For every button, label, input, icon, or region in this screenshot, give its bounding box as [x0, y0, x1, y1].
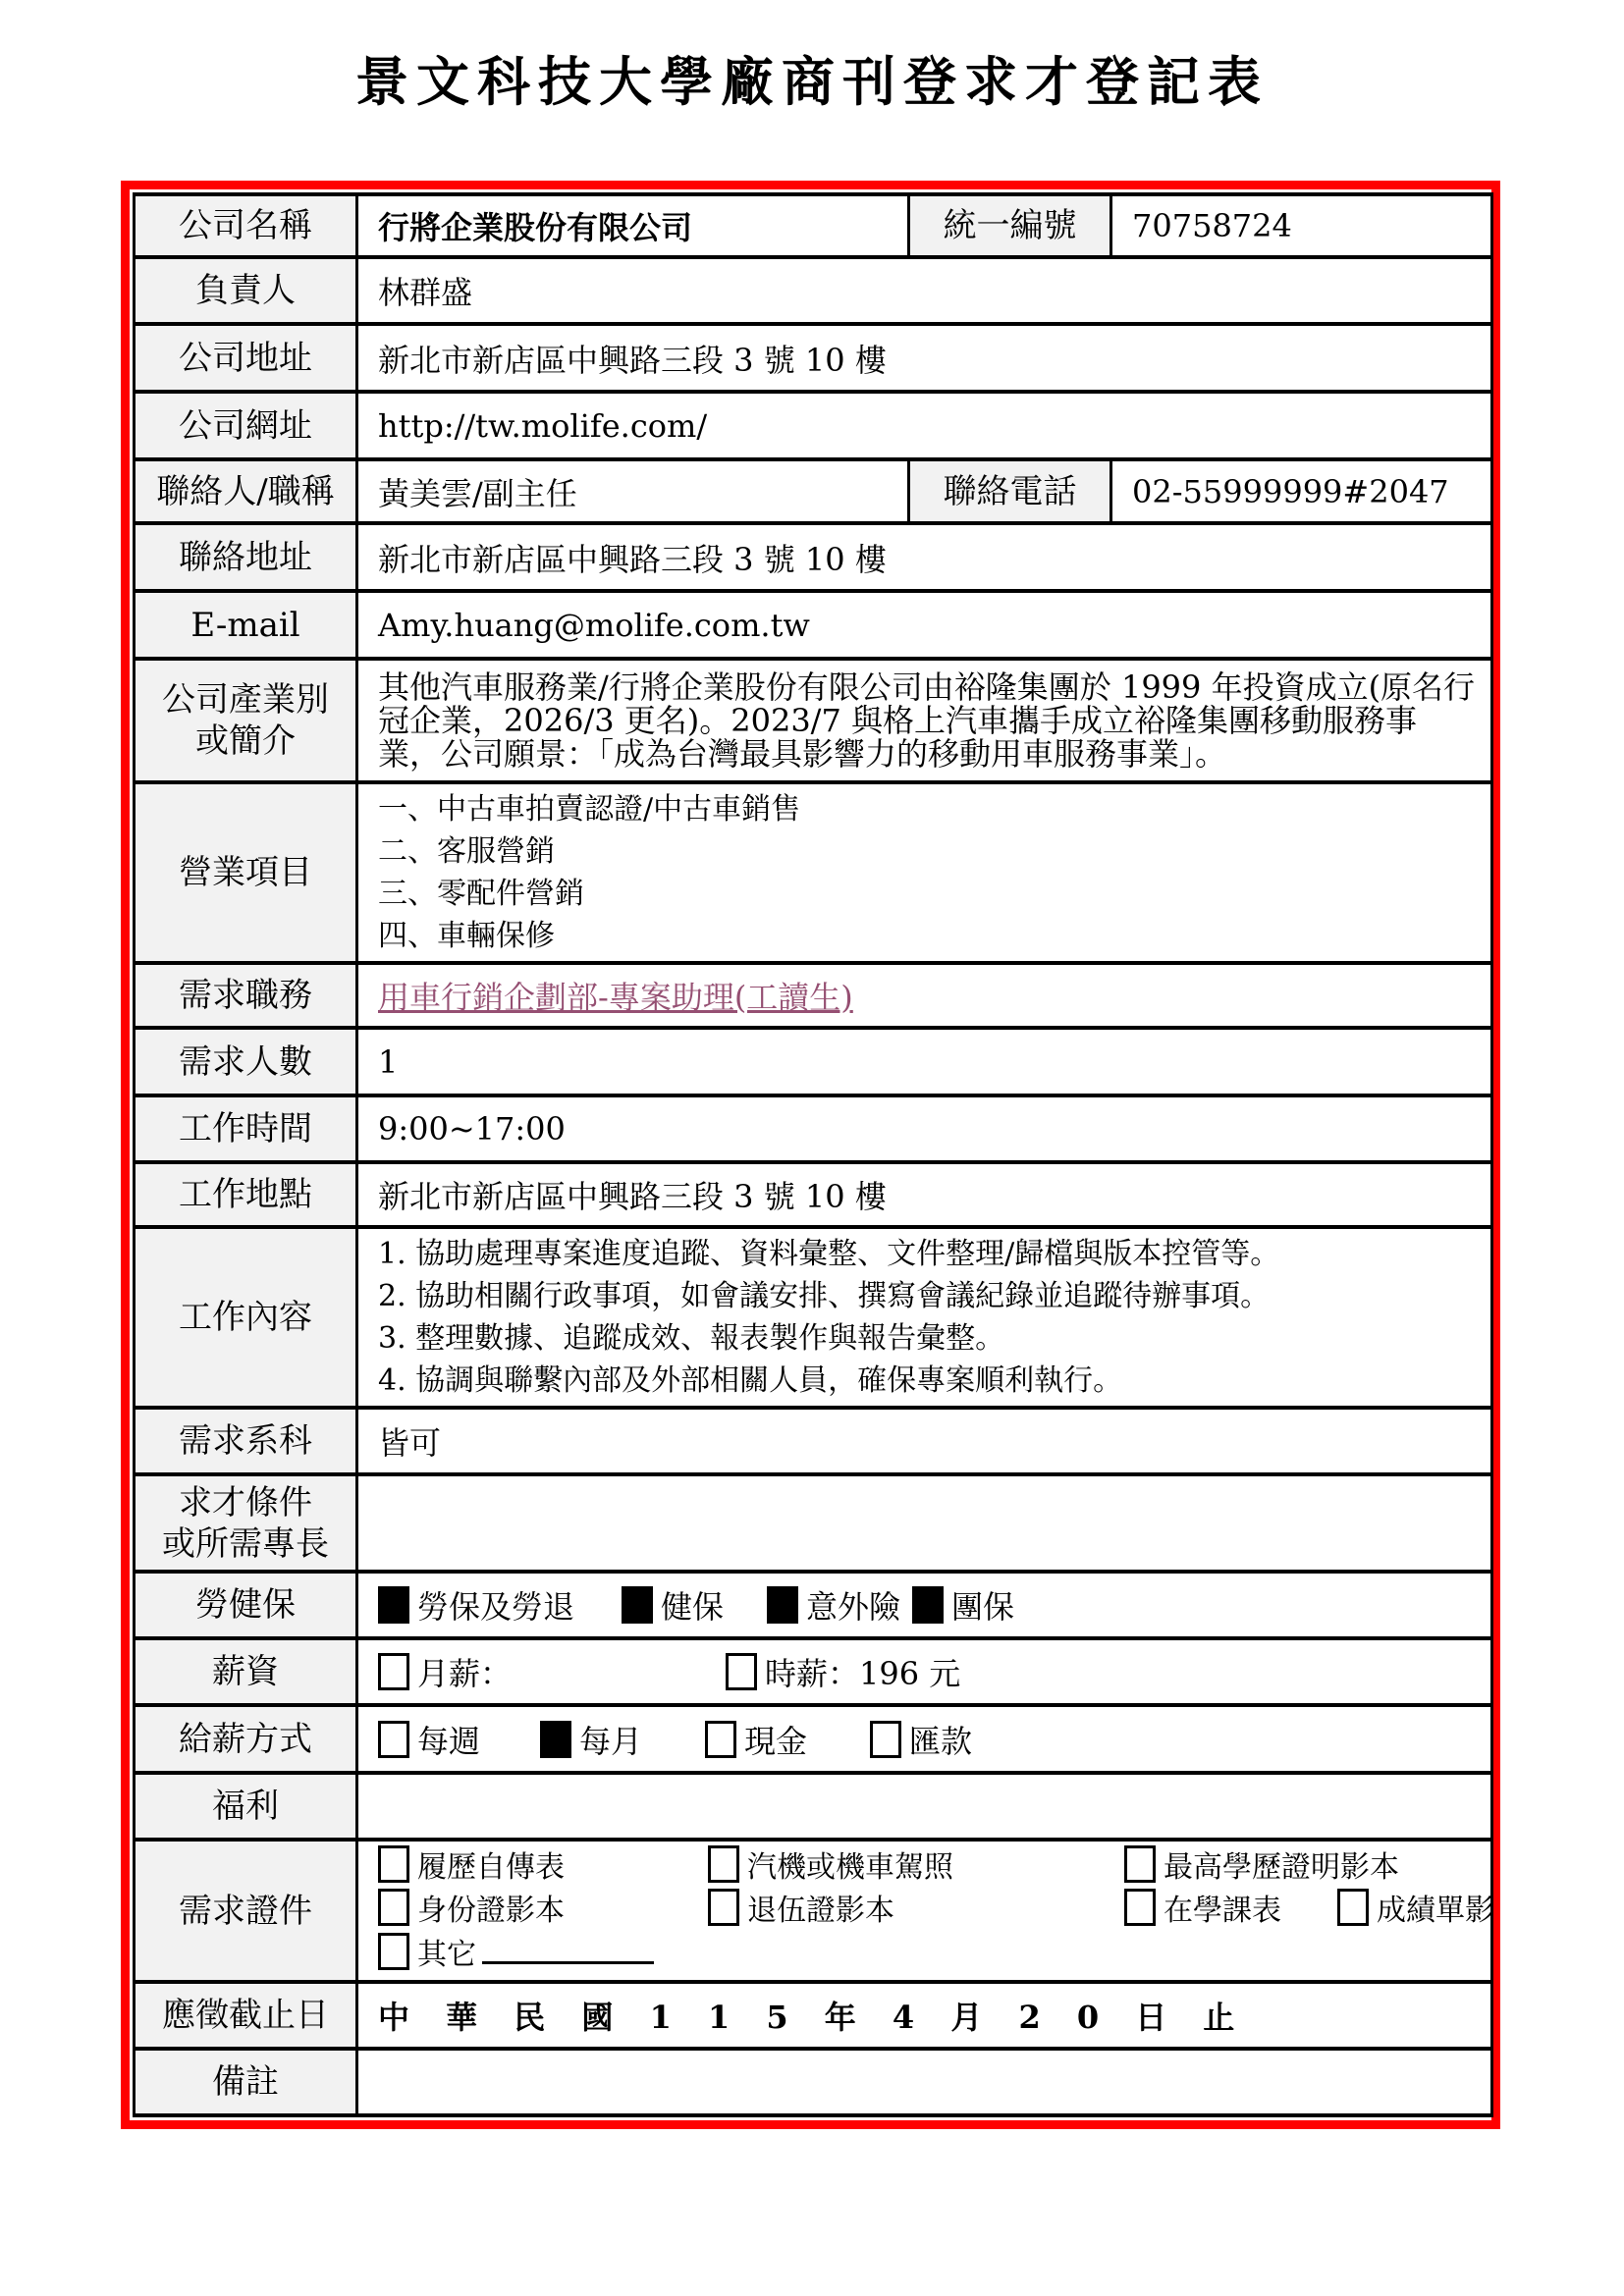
job-content-value: 1. 協助處理專案進度追蹤、資料彙整、文件整理/歸檔與版本控管等。 2. 協助相…	[357, 1227, 1492, 1408]
checkbox-monthly: 每月	[540, 1717, 705, 1762]
checkbox-icon	[912, 1586, 944, 1624]
salary-options: 月薪：時薪：196 元	[357, 1638, 1492, 1705]
business-item: 四、車輛保修	[378, 915, 1479, 957]
email-label: E-mail	[135, 591, 357, 659]
requirements-label: 求才條件 或所需專長	[135, 1474, 357, 1572]
email-value: Amy.huang@molife.com.tw	[357, 591, 1492, 659]
business-item: 一、中古車拍賣認證/中古車銷售	[378, 788, 1479, 830]
checkbox-drivers-license: 汽機或機車駕照	[708, 1845, 1124, 1889]
deadline-label: 應徵截止日	[135, 1982, 357, 2049]
checkbox-icon	[726, 1653, 757, 1690]
departments-value: 皆可	[357, 1408, 1492, 1474]
contact-phone-value: 02-55999999#2047	[1111, 459, 1492, 523]
checkbox-icon	[378, 1889, 409, 1926]
principal-value: 林群盛	[357, 257, 1492, 324]
work-location-label: 工作地點	[135, 1162, 357, 1227]
checkbox-weekly: 每週	[378, 1717, 540, 1762]
checkbox-other: 其它	[378, 1933, 476, 1976]
checkbox-icon	[1337, 1889, 1369, 1926]
work-hours-value: 9:00~17:00	[357, 1095, 1492, 1162]
job-content-item: 2. 協助相關行政事項，如會議安排、撰寫會議紀錄並追蹤待辦事項。	[378, 1275, 1479, 1317]
contact-value: 黃美雲/副主任	[357, 459, 909, 523]
checkbox-transcript-copy: 成績單影本	[1337, 1889, 1492, 1932]
checkbox-discharge-copy: 退伍證影本	[708, 1889, 1124, 1932]
checkbox-icon	[378, 1933, 409, 1970]
industry-value: 其他汽車服務業/行將企業股份有限公司由裕隆集團於 1999 年投資成立(原名行冠…	[357, 659, 1492, 782]
company-address-label: 公司地址	[135, 324, 357, 392]
page-title: 景文科技大學廠商刊登求才登記表	[0, 0, 1624, 112]
checkbox-diploma-copy: 最高學歷證明影本	[1124, 1845, 1399, 1889]
checkbox-icon	[767, 1586, 798, 1624]
checkbox-labor-insurance: 勞保及勞退	[378, 1582, 622, 1628]
tax-id-label: 統一編號	[909, 194, 1111, 257]
documents-options: 履歷自傳表汽機或機車駕照最高學歷證明影本 身份證影本退伍證影本在學課表成績單影本…	[357, 1840, 1492, 1982]
registration-form-table: 公司名稱 行將企業股份有限公司 統一編號 70758724 負責人 林群盛 公司…	[121, 181, 1500, 2129]
checkbox-health-insurance: 健保	[622, 1582, 767, 1628]
checkbox-icon	[1124, 1845, 1156, 1883]
notes-label: 備註	[135, 2049, 357, 2115]
documents-line-3: 其它	[378, 1932, 1479, 1976]
salary-label: 薪資	[135, 1638, 357, 1705]
company-website-value: http://tw.molife.com/	[357, 392, 1492, 459]
insurance-options: 勞保及勞退健保意外險團保	[357, 1572, 1492, 1638]
insurance-label: 勞健保	[135, 1572, 357, 1638]
checkbox-icon	[378, 1845, 409, 1883]
job-title-link[interactable]: 用車行銷企劃部-專案助理(工讀生)	[378, 979, 853, 1016]
checkbox-monthly-salary: 月薪：	[378, 1649, 726, 1694]
notes-value	[357, 2049, 1492, 2115]
business-items-label: 營業項目	[135, 782, 357, 963]
business-item: 三、零配件營銷	[378, 873, 1479, 915]
contact-label: 聯絡人/職稱	[135, 459, 357, 523]
checkbox-group-insurance: 團保	[912, 1582, 1014, 1628]
company-address-value: 新北市新店區中興路三段 3 號 10 樓	[357, 324, 1492, 392]
industry-label: 公司產業別 或簡介	[135, 659, 357, 782]
checkbox-class-schedule: 在學課表	[1124, 1889, 1337, 1932]
company-name-value: 行將企業股份有限公司	[357, 194, 909, 257]
benefits-label: 福利	[135, 1773, 357, 1840]
contact-address-value: 新北市新店區中興路三段 3 號 10 樓	[357, 523, 1492, 591]
documents-line-1: 履歷自傳表汽機或機車駕照最高學歷證明影本	[378, 1845, 1479, 1889]
business-item: 二、客服營銷	[378, 830, 1479, 873]
contact-address-label: 聯絡地址	[135, 523, 357, 591]
checkbox-icon	[540, 1721, 571, 1758]
business-items-value: 一、中古車拍賣認證/中古車銷售 二、客服營銷 三、零配件營銷 四、車輛保修	[357, 782, 1492, 963]
checkbox-accident-insurance: 意外險	[767, 1582, 912, 1628]
company-website-label: 公司網址	[135, 392, 357, 459]
checkbox-icon	[622, 1586, 653, 1624]
benefits-value	[357, 1773, 1492, 1840]
contact-phone-label: 聯絡電話	[909, 459, 1111, 523]
headcount-label: 需求人數	[135, 1028, 357, 1095]
company-name-label: 公司名稱	[135, 194, 357, 257]
checkbox-remittance: 匯款	[870, 1717, 972, 1762]
checkbox-id-copy: 身份證影本	[378, 1889, 708, 1932]
checkbox-icon	[708, 1845, 739, 1883]
job-title-cell: 用車行銷企劃部-專案助理(工讀生)	[357, 963, 1492, 1028]
deadline-value: 中 華 民 國 1 1 5 年 4 月 2 0 日 止	[357, 1982, 1492, 2049]
checkbox-icon	[1124, 1889, 1156, 1926]
checkbox-icon	[705, 1721, 736, 1758]
job-content-item: 3. 整理數據、追蹤成效、報表製作與報告彙整。	[378, 1317, 1479, 1360]
job-content-item: 1. 協助處理專案進度追蹤、資料彙整、文件整理/歸檔與版本控管等。	[378, 1233, 1479, 1275]
checkbox-cash: 現金	[705, 1717, 870, 1762]
checkbox-hourly-salary: 時薪：196 元	[726, 1649, 960, 1694]
checkbox-icon	[378, 1721, 409, 1758]
tax-id-value: 70758724	[1111, 194, 1492, 257]
departments-label: 需求系科	[135, 1408, 357, 1474]
requirements-value	[357, 1474, 1492, 1572]
checkbox-icon	[378, 1586, 409, 1624]
other-fill-in-line	[482, 1932, 654, 1964]
headcount-value: 1	[357, 1028, 1492, 1095]
checkbox-icon	[870, 1721, 901, 1758]
job-content-label: 工作內容	[135, 1227, 357, 1408]
work-location-value: 新北市新店區中興路三段 3 號 10 樓	[357, 1162, 1492, 1227]
documents-line-2: 身份證影本退伍證影本在學課表成績單影本	[378, 1889, 1479, 1932]
pay-method-label: 給薪方式	[135, 1705, 357, 1773]
pay-method-options: 每週每月現金匯款	[357, 1705, 1492, 1773]
job-title-label: 需求職務	[135, 963, 357, 1028]
documents-label: 需求證件	[135, 1840, 357, 1982]
checkbox-resume: 履歷自傳表	[378, 1845, 708, 1889]
job-content-item: 4. 協調與聯繫內部及外部相關人員，確保專案順利執行。	[378, 1360, 1479, 1402]
principal-label: 負責人	[135, 257, 357, 324]
checkbox-icon	[378, 1653, 409, 1690]
checkbox-icon	[708, 1889, 739, 1926]
work-hours-label: 工作時間	[135, 1095, 357, 1162]
